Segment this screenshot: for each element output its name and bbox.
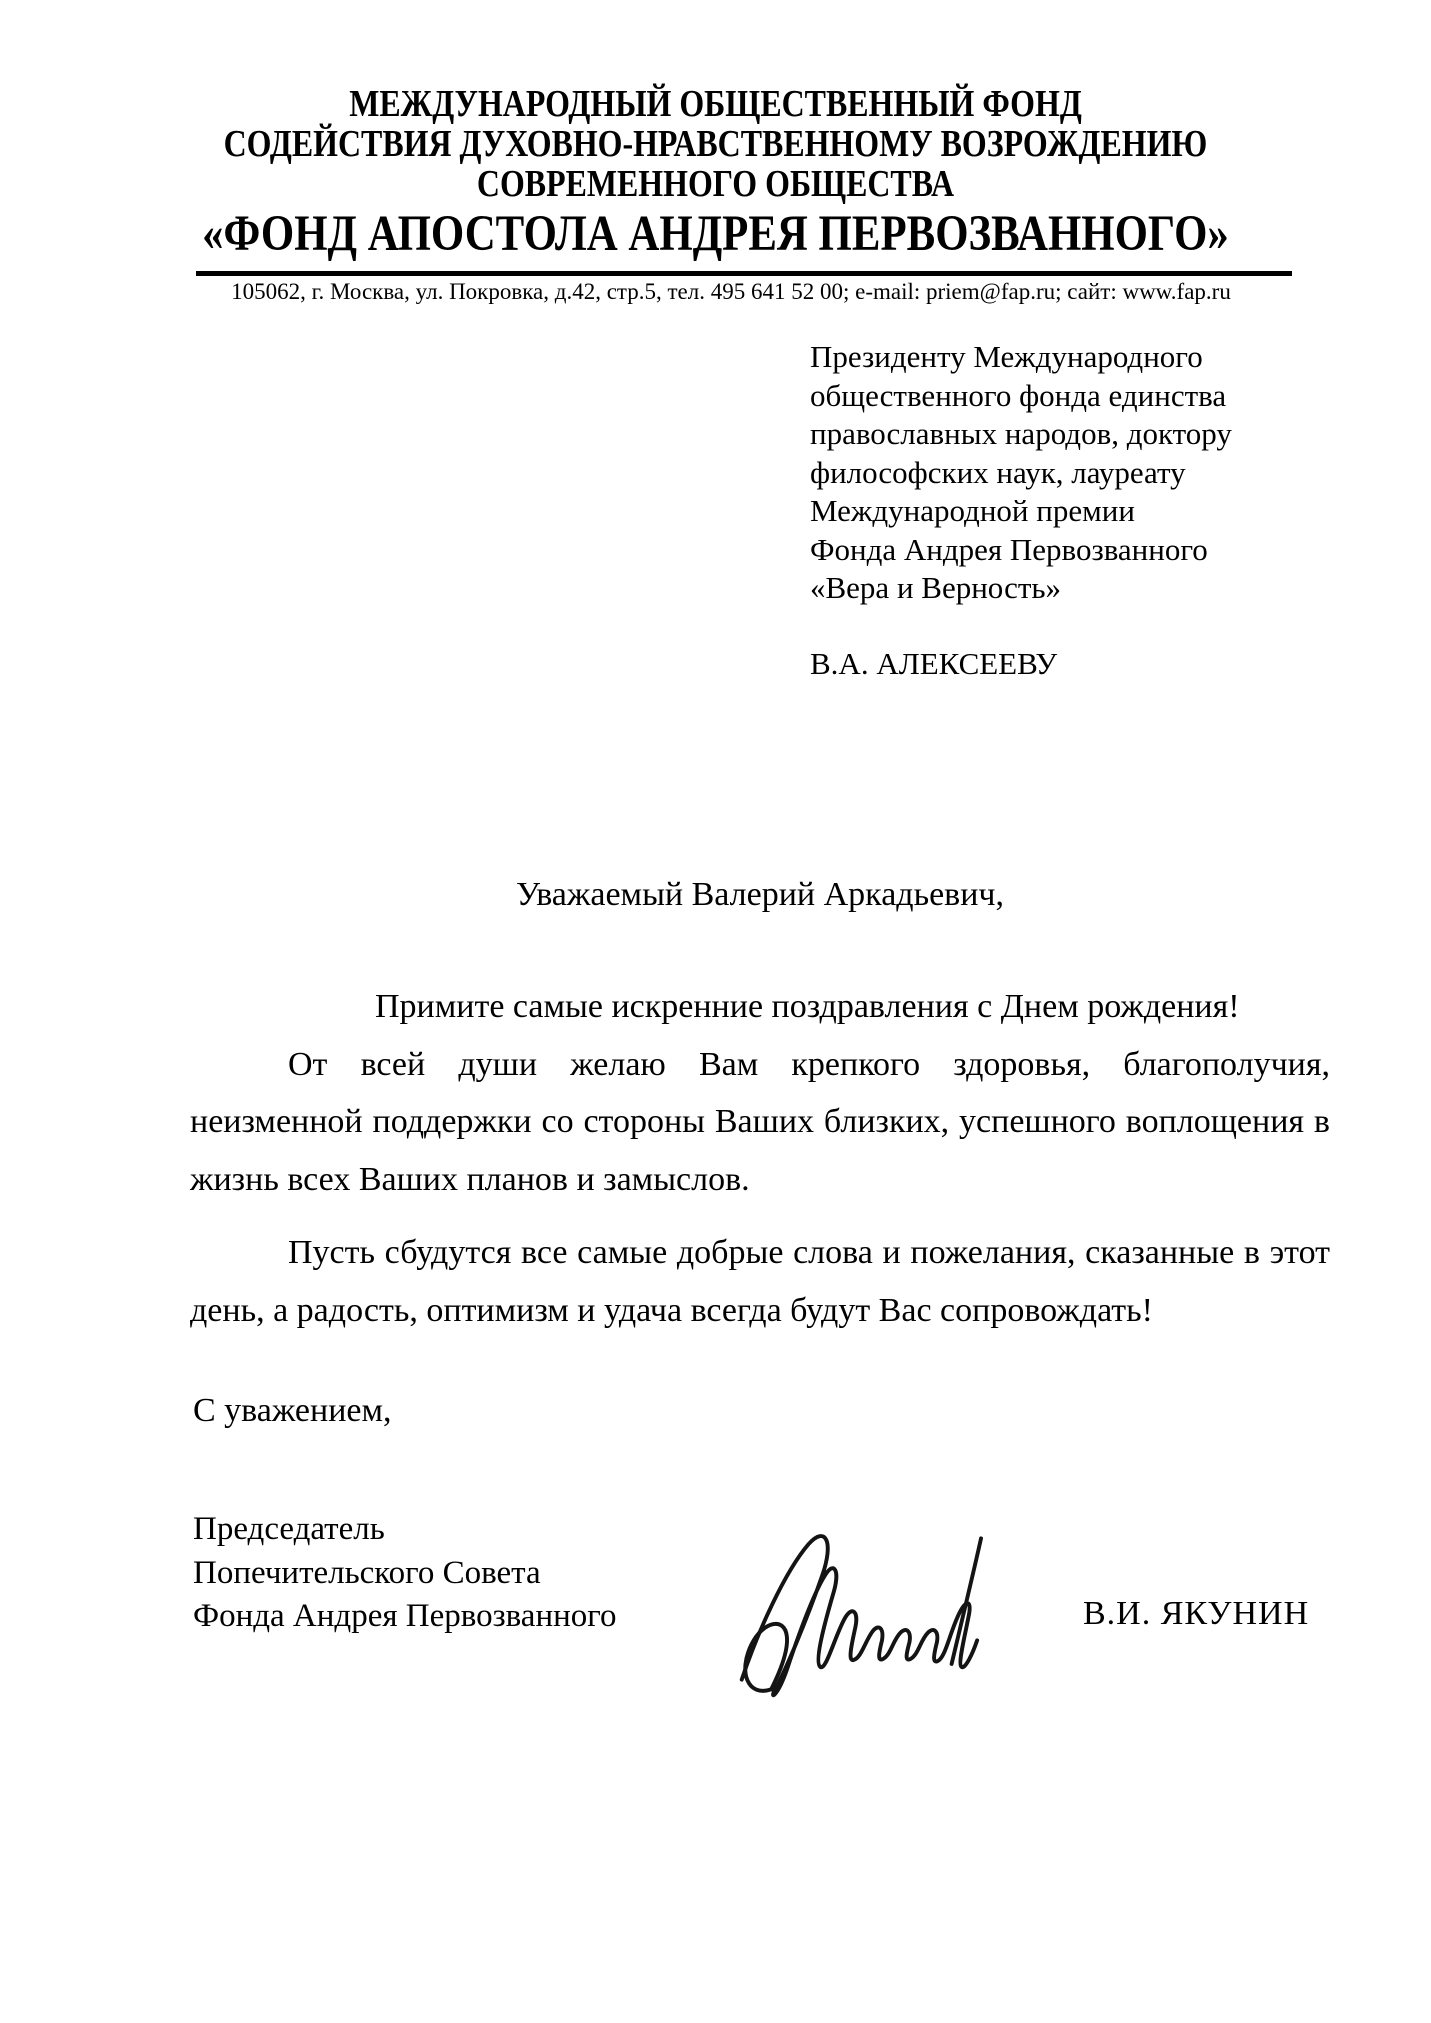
- recipient-name: В.А. АЛЕКСЕЕВУ: [810, 645, 1280, 684]
- signer-title-line: Председатель: [193, 1508, 616, 1552]
- letterhead: МЕЖДУНАРОДНЫЙ ОБЩЕСТВЕННЫЙ ФОНД СОДЕЙСТВ…: [0, 84, 1431, 261]
- org-name-line-2: СОДЕЙСТВИЯ ДУХОВНО-НРАВСТВЕННОМУ ВОЗРОЖД…: [114, 124, 1316, 164]
- recipient-line: Международной премии: [810, 492, 1280, 531]
- fund-title: «ФОНД АПОСТОЛА АНДРЕЯ ПЕРВОЗВАННОГО»: [114, 207, 1316, 261]
- letter-body: Примите самые искренние поздравления с Д…: [190, 978, 1330, 1339]
- org-name-line-3: СОВРЕМЕННОГО ОБЩЕСТВА: [114, 164, 1316, 204]
- body-paragraph-2-line-2: неизменной поддержки со стороны Ваших бл…: [190, 1093, 1330, 1151]
- body-paragraph-2-line-3: жизнь всех Ваших планов и замыслов.: [190, 1151, 1330, 1209]
- org-name-line-1: МЕЖДУНАРОДНЫЙ ОБЩЕСТВЕННЫЙ ФОНД: [114, 84, 1316, 124]
- letterhead-divider: [196, 271, 1292, 276]
- handwritten-signature-icon: [728, 1512, 983, 1704]
- body-paragraph-3-line-1: Пусть сбудутся все самые добрые слова и …: [190, 1224, 1330, 1282]
- recipient-line: «Вера и Верность»: [810, 569, 1280, 608]
- recipient-line: Президенту Международного: [810, 338, 1280, 377]
- salutation: Уважаемый Валерий Аркадьевич,: [190, 866, 1330, 924]
- letter-page: МЕЖДУНАРОДНЫЙ ОБЩЕСТВЕННЫЙ ФОНД СОДЕЙСТВ…: [0, 0, 1431, 2023]
- signer-name: В.И. ЯКУНИН: [1083, 1594, 1309, 1634]
- body-paragraph-1: Примите самые искренние поздравления с Д…: [190, 978, 1330, 1036]
- contact-info: 105062, г. Москва, ул. Покровка, д.42, с…: [170, 279, 1292, 305]
- valediction: С уважением,: [193, 1390, 392, 1432]
- body-paragraph-2-line-1: От всей души желаю Вам крепкого здоровья…: [190, 1036, 1330, 1094]
- signer-title-line: Попечительского Совета: [193, 1552, 616, 1596]
- recipient-line: общественного фонда единства: [810, 377, 1280, 416]
- recipient-block: Президенту Международного общественного …: [810, 338, 1280, 683]
- body-paragraph-3-line-2: день, а радость, оптимизм и удача всегда…: [190, 1282, 1330, 1340]
- recipient-line: православных народов, доктору: [810, 415, 1280, 454]
- recipient-line: философских наук, лауреату: [810, 454, 1280, 493]
- signer-title-block: Председатель Попечительского Совета Фонд…: [193, 1508, 616, 1639]
- signer-title-line: Фонда Андрея Первозванного: [193, 1595, 616, 1639]
- recipient-line: Фонда Андрея Первозванного: [810, 531, 1280, 570]
